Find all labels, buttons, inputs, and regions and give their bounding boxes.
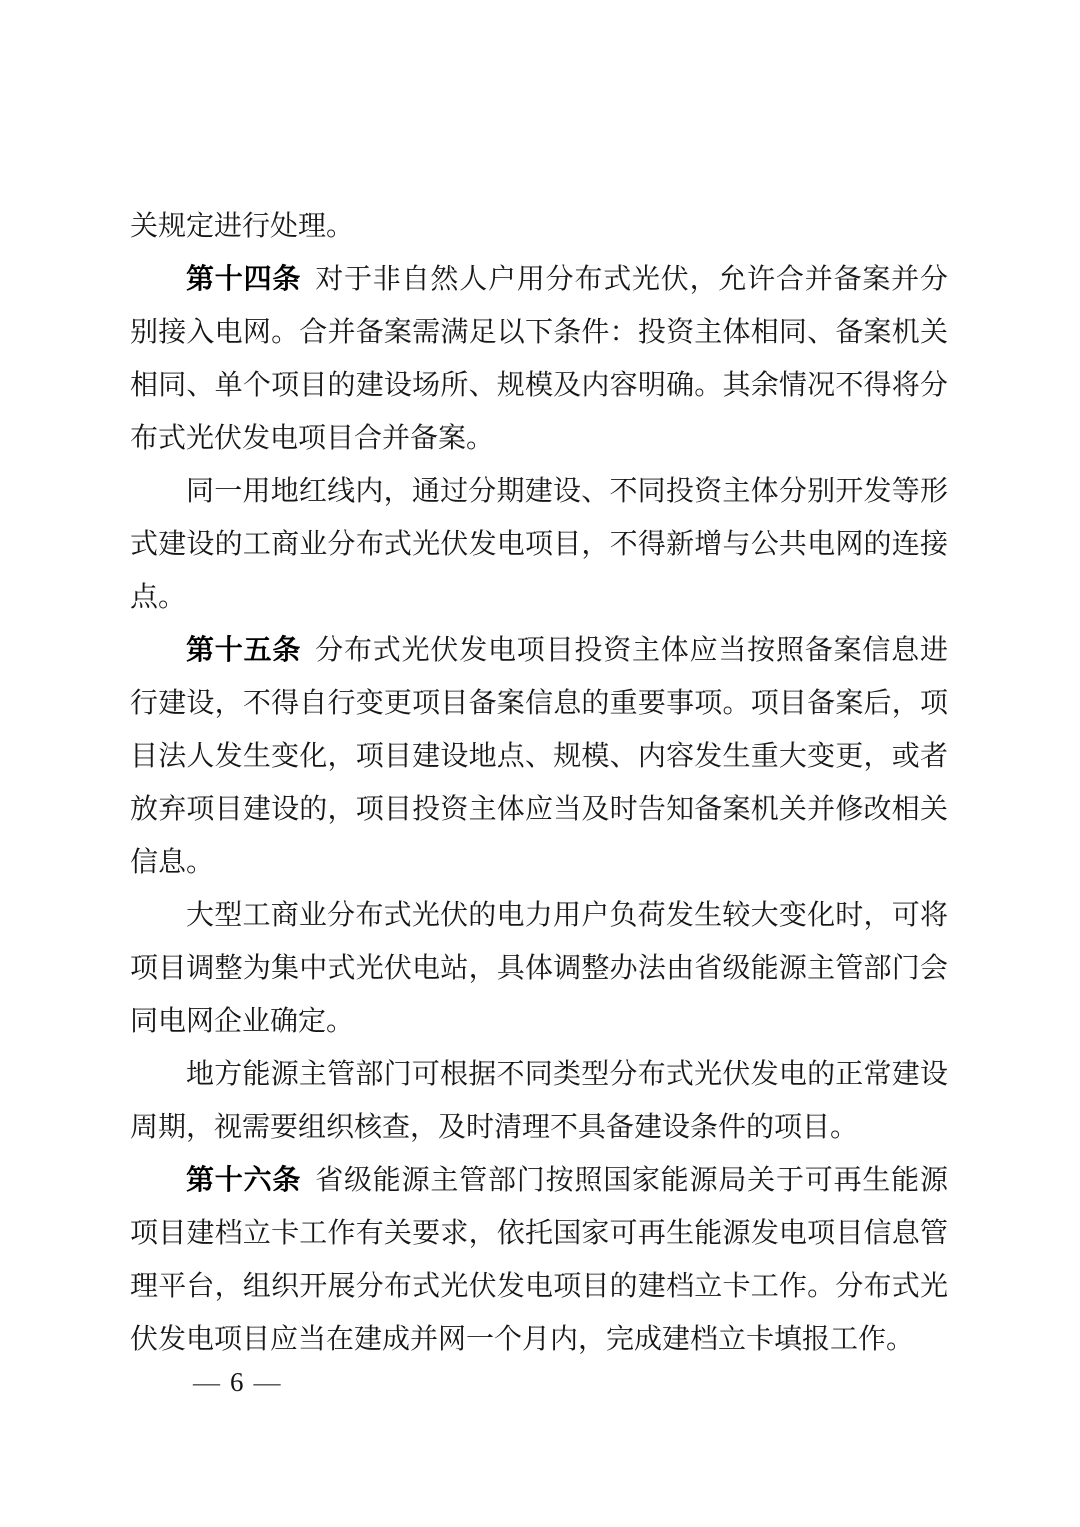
paragraph-large-commercial: 大型工商业分布式光伏的电力用户负荷发生较大变化时，可将项目调整为集中式光伏电站，… [130,888,948,1047]
paragraph-text: 地方能源主管部门可根据不同类型分布式光伏发电的正常建设周期，视需要组织核查，及时… [130,1058,948,1142]
paragraph-text: 大型工商业分布式光伏的电力用户负荷发生较大变化时，可将项目调整为集中式光伏电站，… [130,899,948,1036]
paragraph-continuation: 关规定进行处理。 [130,199,948,252]
footer-left-dash: — [185,1367,230,1397]
document-body: 关规定进行处理。 第十四条对于非自然人户用分布式光伏，允许合并备案并分别接入电网… [130,199,948,1365]
footer-right-dash: — [246,1367,291,1397]
article-15-label: 第十五条 [186,634,301,665]
document-page: 关规定进行处理。 第十四条对于非自然人户用分布式光伏，允许合并备案并分别接入电网… [0,0,1080,1527]
paragraph-article-16: 第十六条省级能源主管部门按照国家能源局关于可再生能源项目建档立卡工作有关要求，依… [130,1153,948,1365]
paragraph-same-land-redline: 同一用地红线内，通过分期建设、不同投资主体分别开发等形式建设的工商业分布式光伏发… [130,464,948,623]
paragraph-text: 同一用地红线内，通过分期建设、不同投资主体分别开发等形式建设的工商业分布式光伏发… [130,475,948,612]
paragraph-text: 关规定进行处理。 [130,210,354,241]
article-16-label: 第十六条 [186,1164,301,1195]
article-14-label: 第十四条 [186,263,301,294]
paragraph-article-15: 第十五条分布式光伏发电项目投资主体应当按照备案信息进行建设，不得自行变更项目备案… [130,623,948,888]
paragraph-local-energy-authority: 地方能源主管部门可根据不同类型分布式光伏发电的正常建设周期，视需要组织核查，及时… [130,1047,948,1153]
page-footer: —6— [185,1366,291,1398]
paragraph-text: 分布式光伏发电项目投资主体应当按照备案信息进行建设，不得自行变更项目备案信息的重… [130,634,948,877]
page-number: 6 [230,1367,246,1397]
paragraph-article-14: 第十四条对于非自然人户用分布式光伏，允许合并备案并分别接入电网。合并备案需满足以… [130,252,948,464]
